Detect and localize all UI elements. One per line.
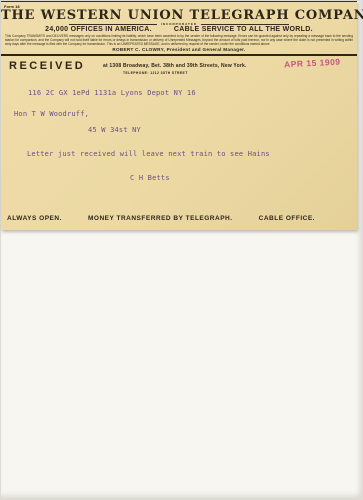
footer-always-open: ALWAYS OPEN. — [7, 215, 62, 222]
recipient-address-line: 45 W 34st NY — [88, 126, 141, 134]
left-rule — [69, 24, 157, 25]
offices-line: 24,000 OFFICES IN AMERICA. — [45, 26, 152, 33]
scan-background: Form 18 THE WESTERN UNION TELEGRAPH COMP… — [0, 0, 363, 500]
cable-line: CABLE SERVICE TO ALL THE WORLD. — [174, 26, 313, 33]
footer-cable-office: CABLE OFFICE. — [259, 215, 315, 222]
company-title: THE WESTERN UNION TELEGRAPH COMPANY. — [1, 8, 357, 23]
received-address: at 1308 Broadway, Bet. 38th and 39th Str… — [103, 63, 247, 69]
message-body: Letter just received will leave next tra… — [27, 150, 270, 158]
footer-row: ALWAYS OPEN. MONEY TRANSFERRED BY TELEGR… — [7, 215, 315, 222]
telegram-document: Form 18 THE WESTERN UNION TELEGRAPH COMP… — [1, 1, 357, 230]
conditions-paragraph: This Company TRANSMITS and DELIVERS mess… — [5, 34, 353, 46]
routing-line: 116 2C GX 1ePd 1131a Lyons Depot NY 16 — [28, 89, 196, 97]
right-rule — [201, 24, 289, 25]
date-stamp: APR 15 1909 — [284, 57, 341, 70]
manager-line: ROBERT C. CLOWRY, President and General … — [1, 47, 357, 52]
received-phone: TELEPHONE: 1212 38TH STREET — [123, 71, 188, 75]
signature-line: C H Betts — [130, 174, 170, 182]
header-divider — [1, 54, 357, 56]
offices-cable-row: 24,000 OFFICES IN AMERICA. CABLE SERVICE… — [1, 26, 357, 33]
recipient-line: Hon T W Woodruff, — [14, 110, 89, 118]
footer-money-transferred: MONEY TRANSFERRED BY TELEGRAPH. — [88, 215, 233, 222]
received-label: RECEIVED — [9, 60, 85, 72]
